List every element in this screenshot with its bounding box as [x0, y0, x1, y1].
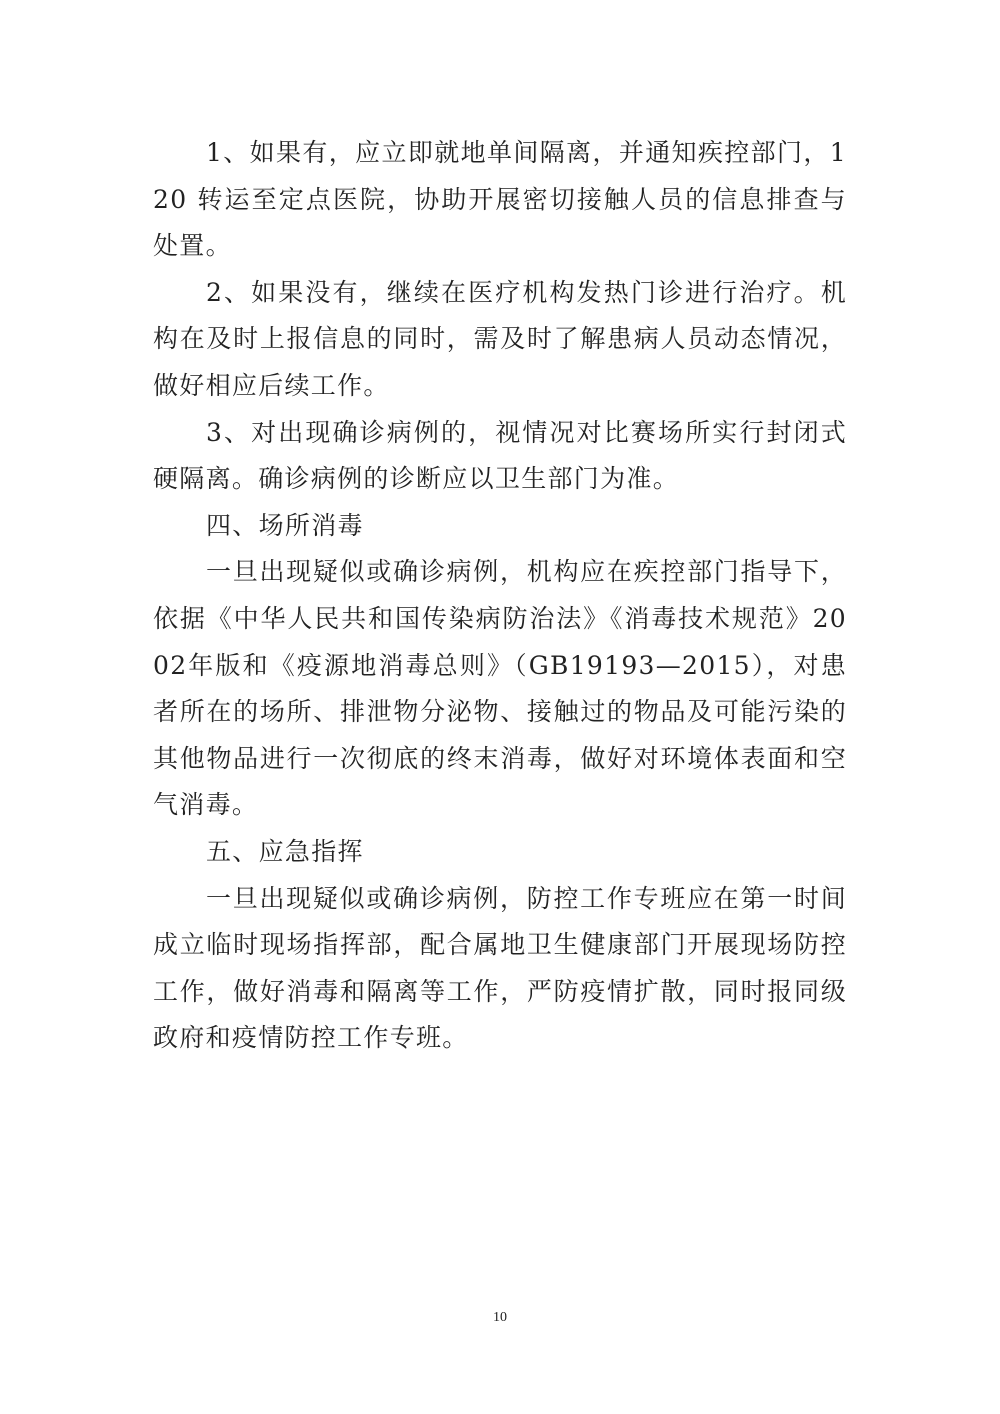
paragraph-emergency-command: 一旦出现疑似或确诊病例，防控工作专班应在第一时间成立临时现场指挥部，配合属地卫生…: [153, 876, 847, 1062]
paragraph-disinfection: 一旦出现疑似或确诊病例，机构应在疾控部门指导下，依据《中华人民共和国传染病防治法…: [153, 549, 847, 829]
section-heading-disinfection: 四、场所消毒: [153, 503, 847, 550]
paragraph-item-2-treatment: 2、如果没有，继续在医疗机构发热门诊进行治疗。机构在及时上报信息的同时，需及时了…: [153, 270, 847, 410]
paragraph-item-1-isolation: 1、如果有，应立即就地单间隔离，并通知疾控部门，120 转运至定点医院，协助开展…: [153, 130, 847, 270]
document-body: 1、如果有，应立即就地单间隔离，并通知疾控部门，120 转运至定点医院，协助开展…: [153, 130, 847, 1062]
section-heading-emergency-command: 五、应急指挥: [153, 829, 847, 876]
page-number: 10: [0, 1310, 1000, 1326]
paragraph-item-3-confirmed-case: 3、对出现确诊病例的，视情况对比赛场所实行封闭式硬隔离。确诊病例的诊断应以卫生部…: [153, 410, 847, 503]
document-page: 1、如果有，应立即就地单间隔离，并通知疾控部门，120 转运至定点医院，协助开展…: [0, 0, 1000, 1414]
